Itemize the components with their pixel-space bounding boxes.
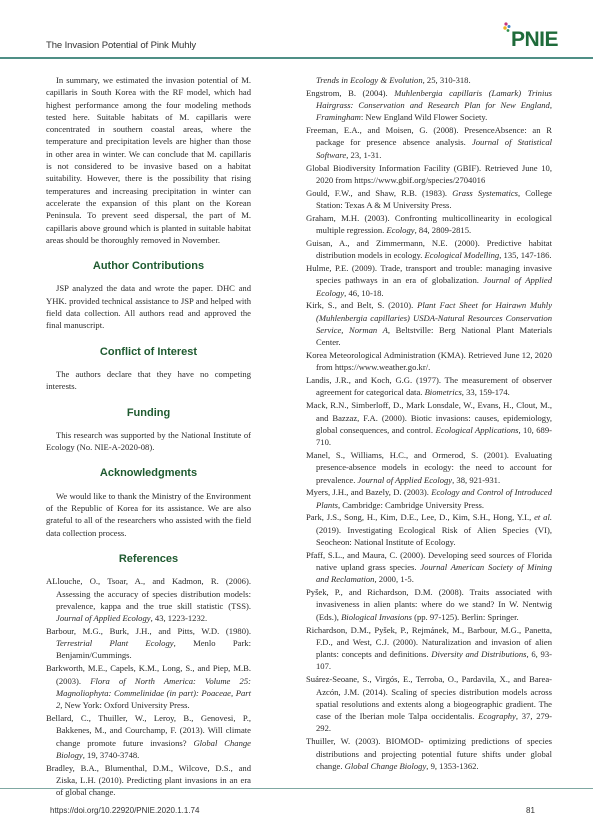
reference-item: Barbour, M.G., Burk, J.H., and Pitts, W.… [46, 625, 251, 662]
footer-rule [0, 788, 593, 789]
reference-item: Hulme, P.E. (2009). Trade, transport and… [306, 262, 552, 299]
page-number: 81 [526, 806, 535, 815]
right-column: Trends in Ecology & Evolution, 25, 310-3… [306, 74, 552, 773]
journal-logo: PNIE [428, 20, 558, 56]
doi-link[interactable]: https://doi.org/10.22920/PNIE.2020.1.1.7… [50, 806, 199, 815]
reference-item: Thuiller, W. (2003). BIOMOD- optimizing … [306, 735, 552, 772]
reference-list-left: ALlouche, O., Tsoar, A., and Kadmon, R. … [46, 575, 251, 798]
reference-item: Freeman, E.A., and Moisen, G. (2008). Pr… [306, 124, 552, 161]
reference-item: Manel, S., Williams, H.C., and Ormerod, … [306, 449, 552, 486]
heading-acknowledgments: Acknowledgments [46, 467, 251, 479]
reference-item: Landis, J.R., and Koch, G.G. (1977). The… [306, 374, 552, 399]
reference-item: Suárez-Seoane, S., Virgós, E., Terroba, … [306, 673, 552, 734]
reference-item: Kirk, S., and Belt, S. (2010). Plant Fac… [306, 299, 552, 348]
reference-item: Myers, J.H., and Bazely, D. (2003). Ecol… [306, 486, 552, 511]
heading-conflict-of-interest: Conflict of Interest [46, 346, 251, 358]
reference-item: Gould, F.W., and Shaw, R.B. (1983). Gras… [306, 187, 552, 212]
pnie-logo-text: PNIE [511, 28, 558, 52]
heading-author-contributions: Author Contributions [46, 260, 251, 272]
reference-item: Mack, R.N., Simberloff, D., Mark Lonsdal… [306, 399, 552, 448]
reference-item: Guisan, A., and Zimmermann, N.E. (2000).… [306, 237, 552, 262]
reference-item-continued: Trends in Ecology & Evolution, 25, 310-3… [306, 74, 552, 86]
heading-references: References [46, 553, 251, 565]
reference-item: Barkworth, M.E., Capels, K.M., Long, S.,… [46, 662, 251, 711]
conflict-of-interest-text: The authors declare that they have no co… [46, 368, 251, 393]
reference-item: Graham, M.H. (2003). Confronting multico… [306, 212, 552, 237]
reference-item: Global Biodiversity Information Facility… [306, 162, 552, 187]
acknowledgments-text: We would like to thank the Ministry of t… [46, 490, 251, 539]
funding-text: This research was supported by the Natio… [46, 429, 251, 454]
author-contributions-text: JSP analyzed the data and wrote the pape… [46, 282, 251, 331]
reference-item: Bellard, C., Thuiller, W., Leroy, B., Ge… [46, 712, 251, 761]
left-column: In summary, we estimated the invasion po… [46, 74, 251, 799]
reference-item: Pyšek, P., and Richardson, D.M. (2008). … [306, 586, 552, 623]
summary-paragraph: In summary, we estimated the invasion po… [46, 74, 251, 246]
reference-item: Korea Meteorological Administration (KMA… [306, 349, 552, 374]
reference-item: Richardson, D.M., Pyšek, P., Rejmánek, M… [306, 624, 552, 673]
reference-item: Engstrom, B. (2004). Muhlenbergia capill… [306, 87, 552, 124]
reference-item-split: Bradley, B.A., Blumenthal, D.M., Wilcove… [46, 762, 251, 799]
heading-funding: Funding [46, 407, 251, 419]
header-rule [0, 57, 593, 59]
running-title: The Invasion Potential of Pink Muhly [46, 40, 196, 51]
reference-item: Park, J.S., Song, H., Kim, D.E., Lee, D.… [306, 511, 552, 548]
reference-item: Pfaff, S.L., and Maura, C. (2000). Devel… [306, 549, 552, 586]
reference-item: ALlouche, O., Tsoar, A., and Kadmon, R. … [46, 575, 251, 624]
